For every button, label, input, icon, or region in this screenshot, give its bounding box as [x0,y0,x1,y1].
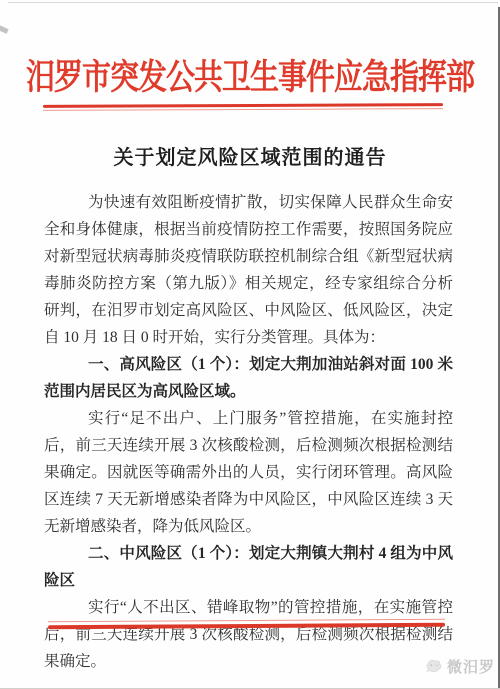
document-title: 关于划定风险区域范围的通告 [0,141,500,170]
scan-corner-artifact [0,25,9,34]
paragraph-high-risk-definition: 一、高风险区（1 个）：划定大荆加油站斜对面 100 米范围内居民区为高风险区域… [44,351,453,405]
masthead-divider-thick-line [43,103,443,108]
masthead-divider [43,103,443,111]
masthead-divider-thin-line [43,108,443,111]
watermark-label: 微汨罗 [447,656,495,677]
paragraph-high-risk-measures: 实行“足不出户、上门服务”管控措施，在实施封控后，前三天连续开展 3 次核酸检测… [44,405,453,540]
issuing-authority-masthead: 汨罗市突发公共卫生事件应急指挥部 [0,50,500,100]
scanned-notice-page: 汨罗市突发公共卫生事件应急指挥部 关于划定风险区域范围的通告 为快速有效阻断疫情… [0,0,500,689]
paragraph-medium-risk-measures: 实行“人不出区、错峰取物”的管控措施，在实施管控后，前三天连续开展 3 次核酸检… [44,594,453,675]
document-body: 为快速有效阻断疫情扩散，切实保障人民群众生命安全和身体健康，根据当前疫情防控工作… [44,189,453,675]
wechat-account-logo-icon [425,659,443,674]
paragraph-intro: 为快速有效阻断疫情扩散，切实保障人民群众生命安全和身体健康，根据当前疫情防控工作… [44,189,453,351]
wechat-account-watermark: 微汨罗 [425,656,495,677]
paragraph-medium-risk-definition: 二、中风险区（1 个）：划定大荆镇大荆村 4 组为中风险区 [44,540,453,594]
scan-top-edge [8,2,498,3]
